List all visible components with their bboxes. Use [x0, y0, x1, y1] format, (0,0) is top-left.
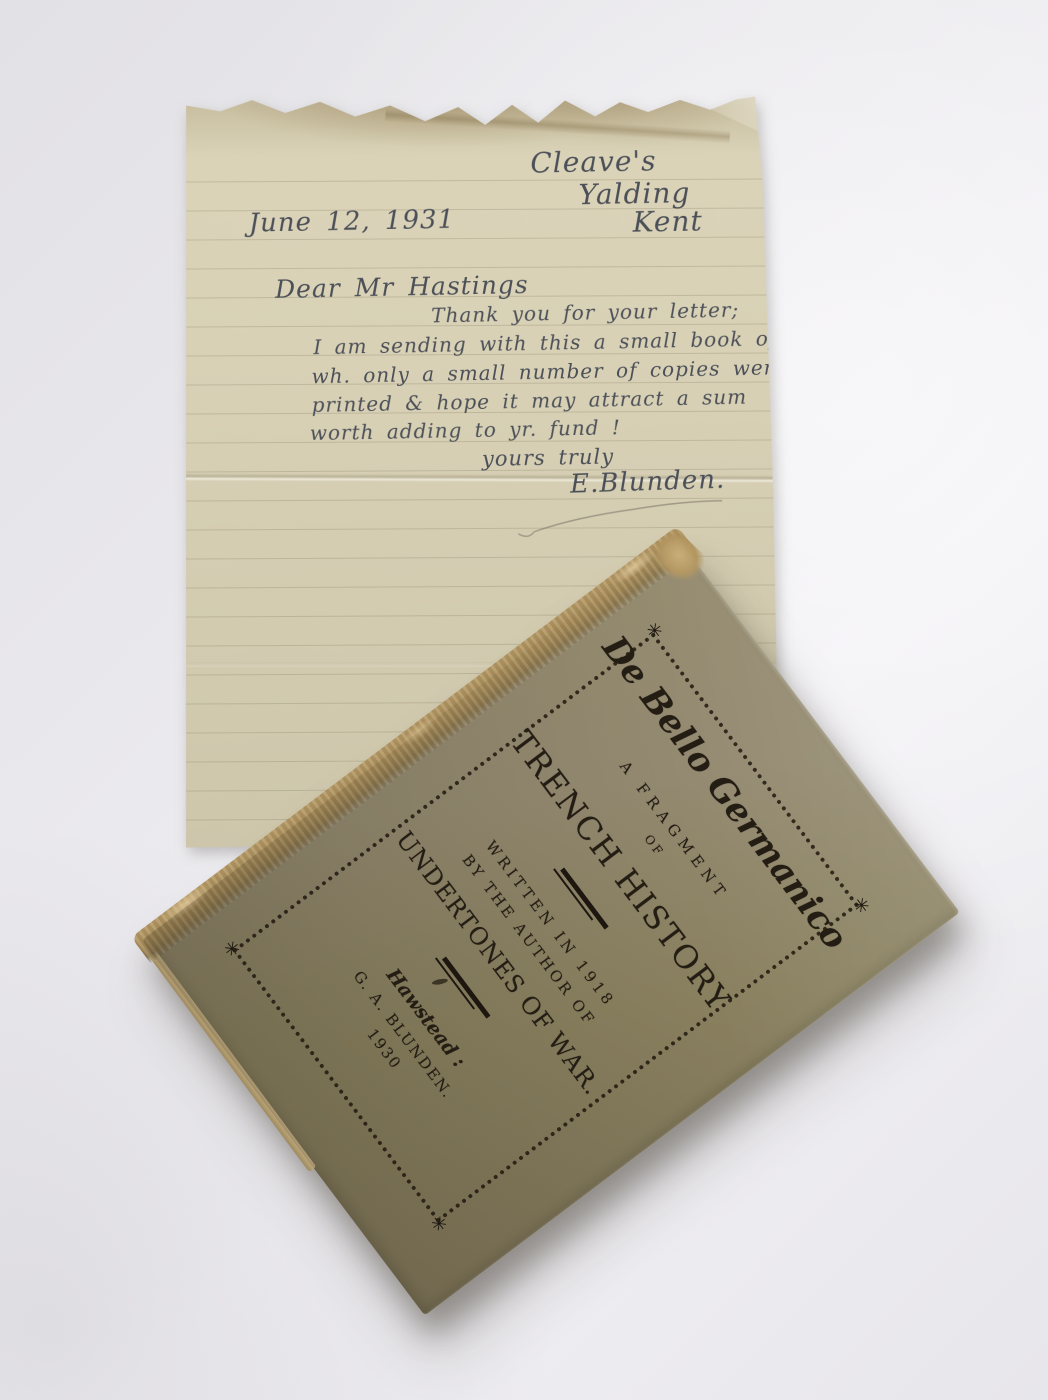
letter-date: June 12, 1931: [248, 205, 455, 239]
letter-salutation: Dear Mr Hastings: [275, 270, 529, 304]
book-subtitle-of: OF: [641, 832, 667, 860]
letter-address-line-3: Kent: [632, 204, 703, 238]
pencil-flourish: [512, 493, 727, 542]
letter-closing: yours truly: [482, 444, 615, 471]
rule-thin-bar: [553, 868, 593, 920]
ink-smudge: [432, 978, 449, 986]
photo-stage: Cleave's Yalding Kent June 12, 1931 Dear…: [0, 0, 1048, 1400]
letter-address-line-1: Cleave's: [530, 144, 657, 179]
corner-fold: [712, 94, 776, 170]
